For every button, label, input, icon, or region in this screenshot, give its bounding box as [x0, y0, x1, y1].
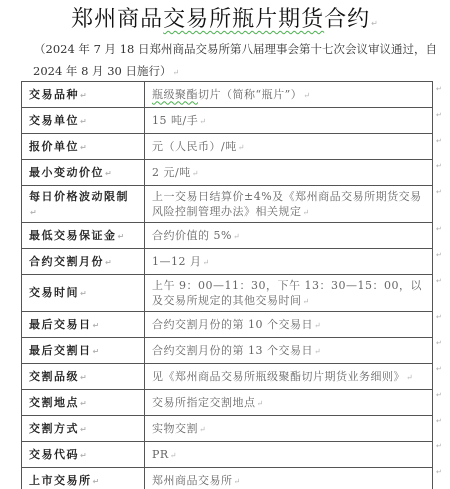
- row-end-mark-icon: ↵: [436, 468, 442, 476]
- row-end-mark-icon: ↵: [436, 365, 442, 373]
- paragraph-mark-icon: ↵: [170, 451, 177, 460]
- title-part-2-spellcheck: 交易所瓶片期货: [163, 7, 324, 32]
- spec-label: 交割品级: [29, 370, 79, 383]
- spec-value: 合约价值的 5%: [152, 229, 232, 242]
- spec-label-cell: 最后交易日↵: [22, 312, 145, 338]
- spec-value: 15 吨/手: [152, 114, 198, 127]
- row-end-mark-icon: ↵: [436, 225, 442, 233]
- table-row: 交割品级↵见《郑州商品交易所瓶级聚酯切片期货业务细则》↵: [22, 364, 433, 390]
- row-end-mark-icon: ↵: [436, 188, 442, 196]
- table-row: 交易单位↵15 吨/手↵: [22, 108, 433, 134]
- spec-label: 最后交割日: [29, 344, 92, 357]
- spec-label-cell: 交易代码↵: [22, 442, 145, 468]
- paragraph-mark-icon: ↵: [93, 347, 101, 356]
- paragraph-mark-icon: ↵: [105, 258, 113, 267]
- spec-label: 交易时间: [29, 286, 79, 299]
- paragraph-mark-icon: ↵: [80, 451, 88, 460]
- spec-value-cell: 上一交易日结算价±4%及《郑州商品交易所期货交易风险控制管理办法》相关规定↵: [145, 186, 433, 223]
- title-part-3: 合约: [324, 7, 370, 32]
- spec-value: 郑州商品交易所: [152, 474, 233, 487]
- spec-value: 合约交割月份的第 13 个交易日: [152, 344, 313, 357]
- row-end-mark-icon: ↵: [436, 251, 442, 259]
- paragraph-mark-icon: ↵: [80, 289, 88, 298]
- spec-label: 上市交易所: [29, 474, 92, 487]
- paragraph-mark-icon: ↵: [257, 399, 264, 408]
- spec-label-cell: 交易品种↵: [22, 82, 145, 108]
- spec-value-cell: 2 元/吨↵: [145, 160, 433, 186]
- spec-value: 交易所指定交割地点: [152, 396, 256, 409]
- paragraph-mark-icon: ↵: [234, 477, 241, 486]
- row-end-mark-icon: ↵: [436, 85, 442, 93]
- spec-label: 交易品种: [29, 88, 79, 101]
- spec-label: 交割方式: [29, 422, 79, 435]
- spec-value-cell: 合约交割月份的第 10 个交易日↵: [145, 312, 433, 338]
- paragraph-mark-icon: ↵: [199, 117, 206, 126]
- paragraph-mark-icon: ↵: [233, 232, 240, 241]
- spec-value-cell: 郑州商品交易所↵: [145, 468, 433, 489]
- spec-label: 合约交割月份: [29, 255, 104, 268]
- row-end-mark-icon: ↵: [436, 339, 442, 347]
- title-part-1: 郑州商品: [71, 7, 163, 32]
- paragraph-mark-icon: ↵: [80, 425, 88, 434]
- spec-value-cell: 元（人民币）/吨↵: [145, 134, 433, 160]
- spec-label-cell: 每日价格波动限制↵: [22, 186, 145, 223]
- paragraph-mark-icon: ↵: [80, 373, 88, 382]
- adoption-note-line-1: （2024 年 7 月 18 日郑州商品交易所第八届理事会第十七次会议审议通过，…: [22, 38, 442, 60]
- spec-label-cell: 最小变动价位↵: [22, 160, 145, 186]
- paragraph-mark-icon: ↵: [406, 373, 413, 382]
- paragraph-mark-icon: ↵: [30, 208, 38, 217]
- spec-label-cell: 交割品级↵: [22, 364, 145, 390]
- paragraph-mark-icon: ↵: [118, 232, 126, 241]
- spec-value: 见《郑州商品交易所瓶级聚酯切片期货业务细则》: [152, 370, 405, 383]
- spec-label-cell: 最低交易保证金↵: [22, 223, 145, 249]
- spec-value-cell: 1—12 月↵: [145, 249, 433, 275]
- row-end-mark-icon: ↵: [436, 391, 442, 399]
- spec-value-cell: 见《郑州商品交易所瓶级聚酯切片期货业务细则》↵: [145, 364, 433, 390]
- spec-label: 交易单位: [29, 114, 79, 127]
- table-row: 最后交割日↵合约交割月份的第 13 个交易日↵: [22, 338, 433, 364]
- spec-label-cell: 交割方式↵: [22, 416, 145, 442]
- spec-label-cell: 上市交易所↵: [22, 468, 145, 489]
- paragraph-mark-icon: ↵: [80, 143, 88, 152]
- spec-value-cell: PR↵: [145, 442, 433, 468]
- spec-value-cell: 合约交割月份的第 13 个交易日↵: [145, 338, 433, 364]
- adoption-note: （2024 年 7 月 18 日郑州商品交易所第八届理事会第十七次会议审议通过，…: [22, 38, 442, 84]
- spec-value-cell: 实物交割↵: [145, 416, 433, 442]
- paragraph-mark-icon: ↵: [105, 169, 113, 178]
- paragraph-mark-icon: ↵: [203, 258, 210, 267]
- paragraph-mark-icon: ↵: [80, 91, 88, 100]
- spec-value-cell: 15 吨/手↵: [145, 108, 433, 134]
- spec-value: 1—12 月: [152, 255, 202, 268]
- table-row: 交易品种↵瓶级聚酯切片（简称“瓶片”）↵: [22, 82, 433, 108]
- document-page: 郑州商品交易所瓶片期货合约↵ （2024 年 7 月 18 日郑州商品交易所第八…: [0, 0, 450, 489]
- spec-value-cell: 上午 9：00—11：30，下午 13：30—15：00，以及交易所规定的其他交…: [145, 275, 433, 312]
- table-row: 合约交割月份↵1—12 月↵: [22, 249, 433, 275]
- paragraph-mark-icon: ↵: [314, 321, 321, 330]
- paragraph-mark-icon: ↵: [192, 169, 199, 178]
- table-row: 报价单位↵元（人民币）/吨↵: [22, 134, 433, 160]
- paragraph-mark-icon: ↵: [371, 19, 379, 28]
- paragraph-mark-icon: ↵: [93, 477, 101, 486]
- row-end-mark-icon: ↵: [436, 417, 442, 425]
- spec-label-cell: 交易时间↵: [22, 275, 145, 312]
- spec-label-cell: 交割地点↵: [22, 390, 145, 416]
- spec-value-spellcheck: 瓶级聚酯: [152, 88, 198, 101]
- table-row: 交易代码↵PR↵: [22, 442, 433, 468]
- paragraph-mark-icon: ↵: [93, 321, 101, 330]
- row-end-mark-icon: ↵: [436, 137, 442, 145]
- spec-label-cell: 最后交割日↵: [22, 338, 145, 364]
- spec-value: PR: [152, 448, 169, 461]
- spec-value: 上午 9：00—11：30，下午 13：30—15：00，以及交易所规定的其他交…: [152, 279, 422, 307]
- row-end-mark-icon: ↵: [436, 277, 442, 285]
- spec-label-cell: 报价单位↵: [22, 134, 145, 160]
- paragraph-mark-icon: ↵: [314, 347, 321, 356]
- row-end-mark-icon: ↵: [436, 111, 442, 119]
- paragraph-mark-icon: ↵: [238, 143, 245, 152]
- table-row: 最小变动价位↵2 元/吨↵: [22, 160, 433, 186]
- table-row: 最低交易保证金↵合约价值的 5%↵: [22, 223, 433, 249]
- table-row: 上市交易所↵郑州商品交易所↵: [22, 468, 433, 489]
- spec-label: 最小变动价位: [29, 166, 104, 179]
- row-end-mark-icon: ↵: [436, 442, 442, 450]
- paragraph-mark-icon: ↵: [80, 399, 88, 408]
- table-row: 最后交易日↵合约交割月份的第 10 个交易日↵: [22, 312, 433, 338]
- paragraph-mark-icon: ↵: [303, 297, 310, 306]
- table-row: 交割地点↵交易所指定交割地点↵: [22, 390, 433, 416]
- paragraph-mark-icon: ↵: [303, 91, 310, 100]
- spec-value: 合约交割月份的第 10 个交易日: [152, 318, 313, 331]
- spec-value-cell: 瓶级聚酯切片（简称“瓶片”）↵: [145, 82, 433, 108]
- spec-label: 最低交易保证金: [29, 229, 117, 242]
- table-row: 每日价格波动限制↵上一交易日结算价±4%及《郑州商品交易所期货交易风险控制管理办…: [22, 186, 433, 223]
- adoption-note-line-2-text: 2024 年 8 月 30 日施行）: [33, 64, 172, 78]
- spec-label: 每日价格波动限制: [29, 190, 129, 203]
- paragraph-mark-icon: ↵: [199, 425, 206, 434]
- row-end-mark-icon: ↵: [436, 162, 442, 170]
- spec-value: 上一交易日结算价±4%及《郑州商品交易所期货交易风险控制管理办法》相关规定: [152, 190, 422, 218]
- spec-value-cell: 交易所指定交割地点↵: [145, 390, 433, 416]
- row-end-mark-icon: ↵: [436, 313, 442, 321]
- page-title: 郑州商品交易所瓶片期货合约↵: [0, 6, 450, 38]
- spec-label: 最后交易日: [29, 318, 92, 331]
- paragraph-mark-icon: ↵: [80, 117, 88, 126]
- paragraph-mark-icon: ↵: [303, 208, 310, 217]
- spec-value: 实物交割: [152, 422, 198, 435]
- contract-spec-table: 交易品种↵瓶级聚酯切片（简称“瓶片”）↵交易单位↵15 吨/手↵报价单位↵元（人…: [21, 81, 433, 489]
- spec-value: 元（人民币）/吨: [152, 140, 237, 153]
- spec-value-cell: 合约价值的 5%↵: [145, 223, 433, 249]
- paragraph-mark-icon: ↵: [173, 68, 180, 77]
- spec-label-cell: 交易单位↵: [22, 108, 145, 134]
- table-row: 交割方式↵实物交割↵: [22, 416, 433, 442]
- table-row: 交易时间↵上午 9：00—11：30，下午 13：30—15：00，以及交易所规…: [22, 275, 433, 312]
- spec-label: 报价单位: [29, 140, 79, 153]
- spec-label: 交易代码: [29, 448, 79, 461]
- spec-value: 2 元/吨: [152, 166, 191, 179]
- spec-label-cell: 合约交割月份↵: [22, 249, 145, 275]
- spec-value: 切片（简称“瓶片”）: [198, 88, 302, 101]
- spec-label: 交割地点: [29, 396, 79, 409]
